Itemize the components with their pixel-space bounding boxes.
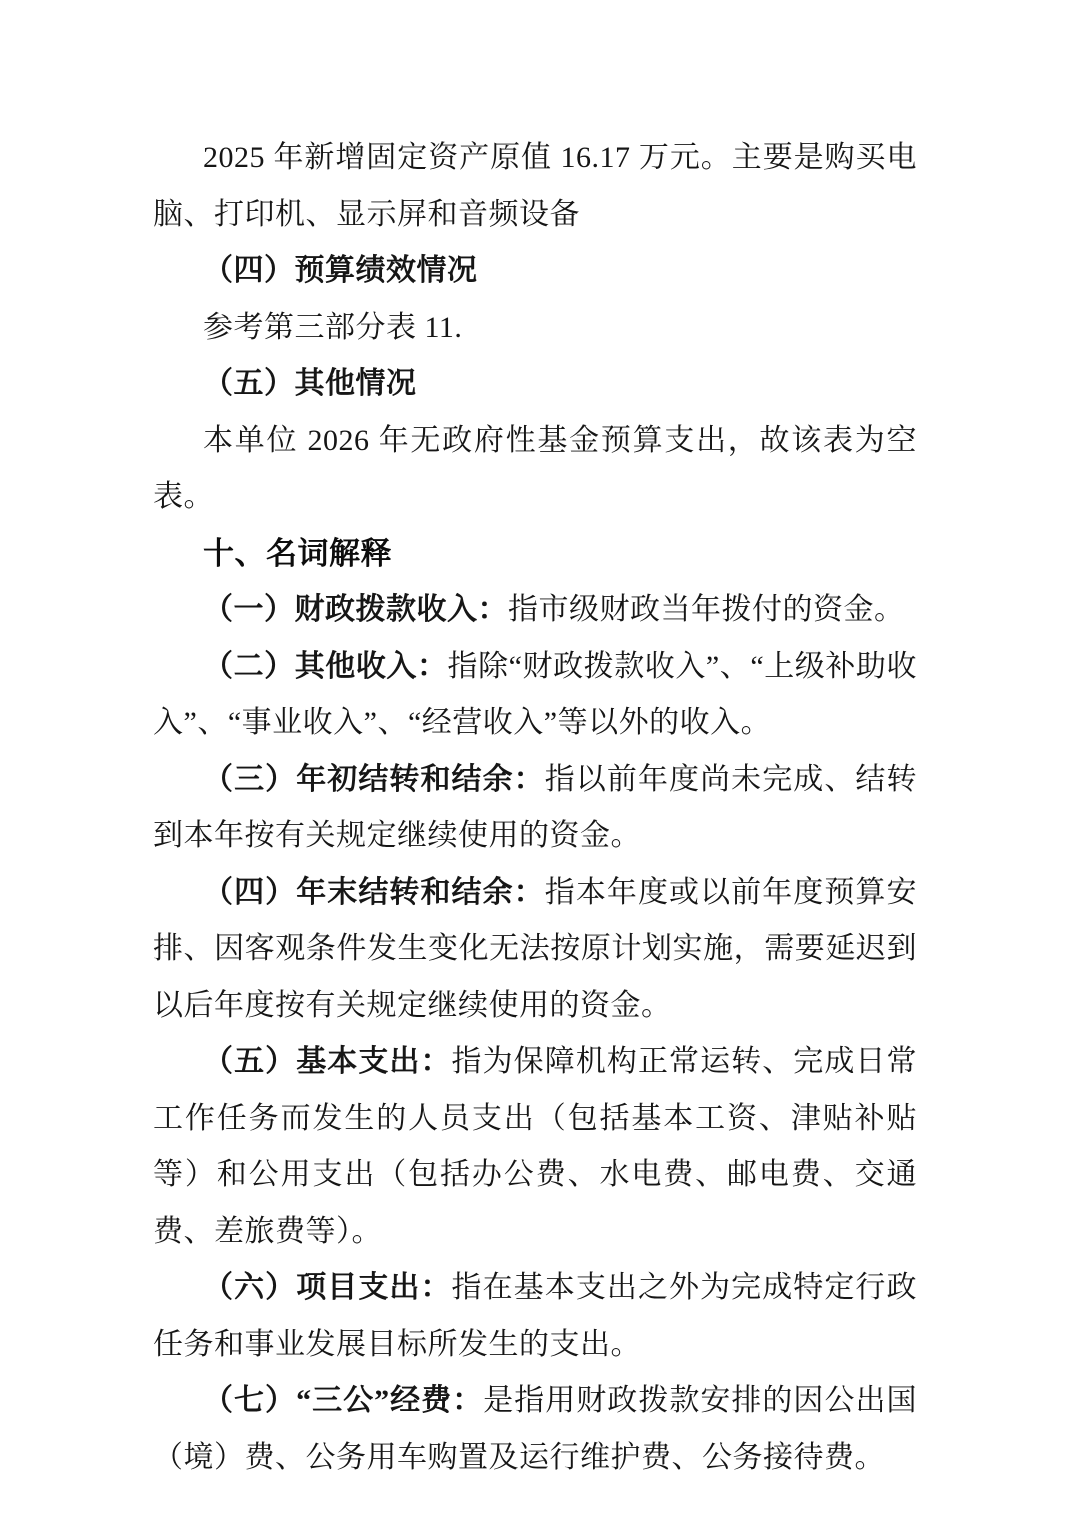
para-text: 参考第三部分表 11. [203,311,462,344]
para-reference-table-11: 参考第三部分表 11. [153,300,917,357]
para-text: 本单位 2026 年无政府性基金预算支出，故该表为空表。 [153,424,917,514]
page-sheet: 2025 年新增固定资产原值 16.17 万元。主要是购买电脑、打印机、显示屏和… [0,0,1074,1520]
term-project-expenditure: （六）项目支出：指在基本支出之外为完成特定行政任务和事业发展目标所发生的支出。 [153,1260,917,1373]
section-heading-glossary: 十、名词解释 [153,526,917,583]
para-label: （五）其他情况 [203,367,417,400]
para-no-gov-fund-budget: 本单位 2026 年无政府性基金预算支出，故该表为空表。 [153,413,917,526]
term-label: （三）年初结转和结余： [203,763,545,796]
term-label: （六）项目支出： [203,1271,452,1304]
term-basic-expenditure: （五）基本支出：指为保障机构正常运转、完成日常工作任务而发生的人员支出（包括基本… [153,1034,917,1260]
term-definition: 指市级财政当年拨付的资金。 [508,593,905,626]
heading-text: 十、名词解释 [203,536,392,571]
term-three-public-funds: （七）“三公”经费：是指用财政拨款安排的因公出国（境）费、公务用车购置及运行维护… [153,1373,917,1486]
term-fiscal-appropriation-income: （一）财政拨款收入：指市级财政当年拨付的资金。 [153,582,917,639]
term-label: （一）财政拨款收入： [203,593,508,626]
term-other-income: （二）其他收入：指除“财政拨款收入”、“上级补助收入”、“事业收入”、“经营收入… [153,639,917,752]
term-label: （五）基本支出： [203,1045,452,1078]
term-label: （二）其他收入： [203,650,448,683]
subheading-budget-performance: （四）预算绩效情况 [153,243,917,300]
term-beginning-year-carryover: （三）年初结转和结余：指以前年度尚未完成、结转到本年按有关规定继续使用的资金。 [153,752,917,865]
text-block: 2025 年新增固定资产原值 16.17 万元。主要是购买电脑、打印机、显示屏和… [153,130,917,1486]
para-label: （四）预算绩效情况 [203,254,478,287]
subheading-other-situation: （五）其他情况 [153,356,917,413]
para-new-fixed-assets: 2025 年新增固定资产原值 16.17 万元。主要是购买电脑、打印机、显示屏和… [153,130,917,243]
document-page: { "page": { "background_color": "#ffffff… [0,0,1074,1520]
term-label: （四）年末结转和结余： [203,876,545,909]
term-year-end-carryover: （四）年末结转和结余：指本年度或以前年度预算安排、因客观条件发生变化无法按原计划… [153,865,917,1035]
term-label: （七）“三公”经费： [203,1384,483,1417]
para-text: 2025 年新增固定资产原值 16.17 万元。主要是购买电脑、打印机、显示屏和… [153,141,917,231]
